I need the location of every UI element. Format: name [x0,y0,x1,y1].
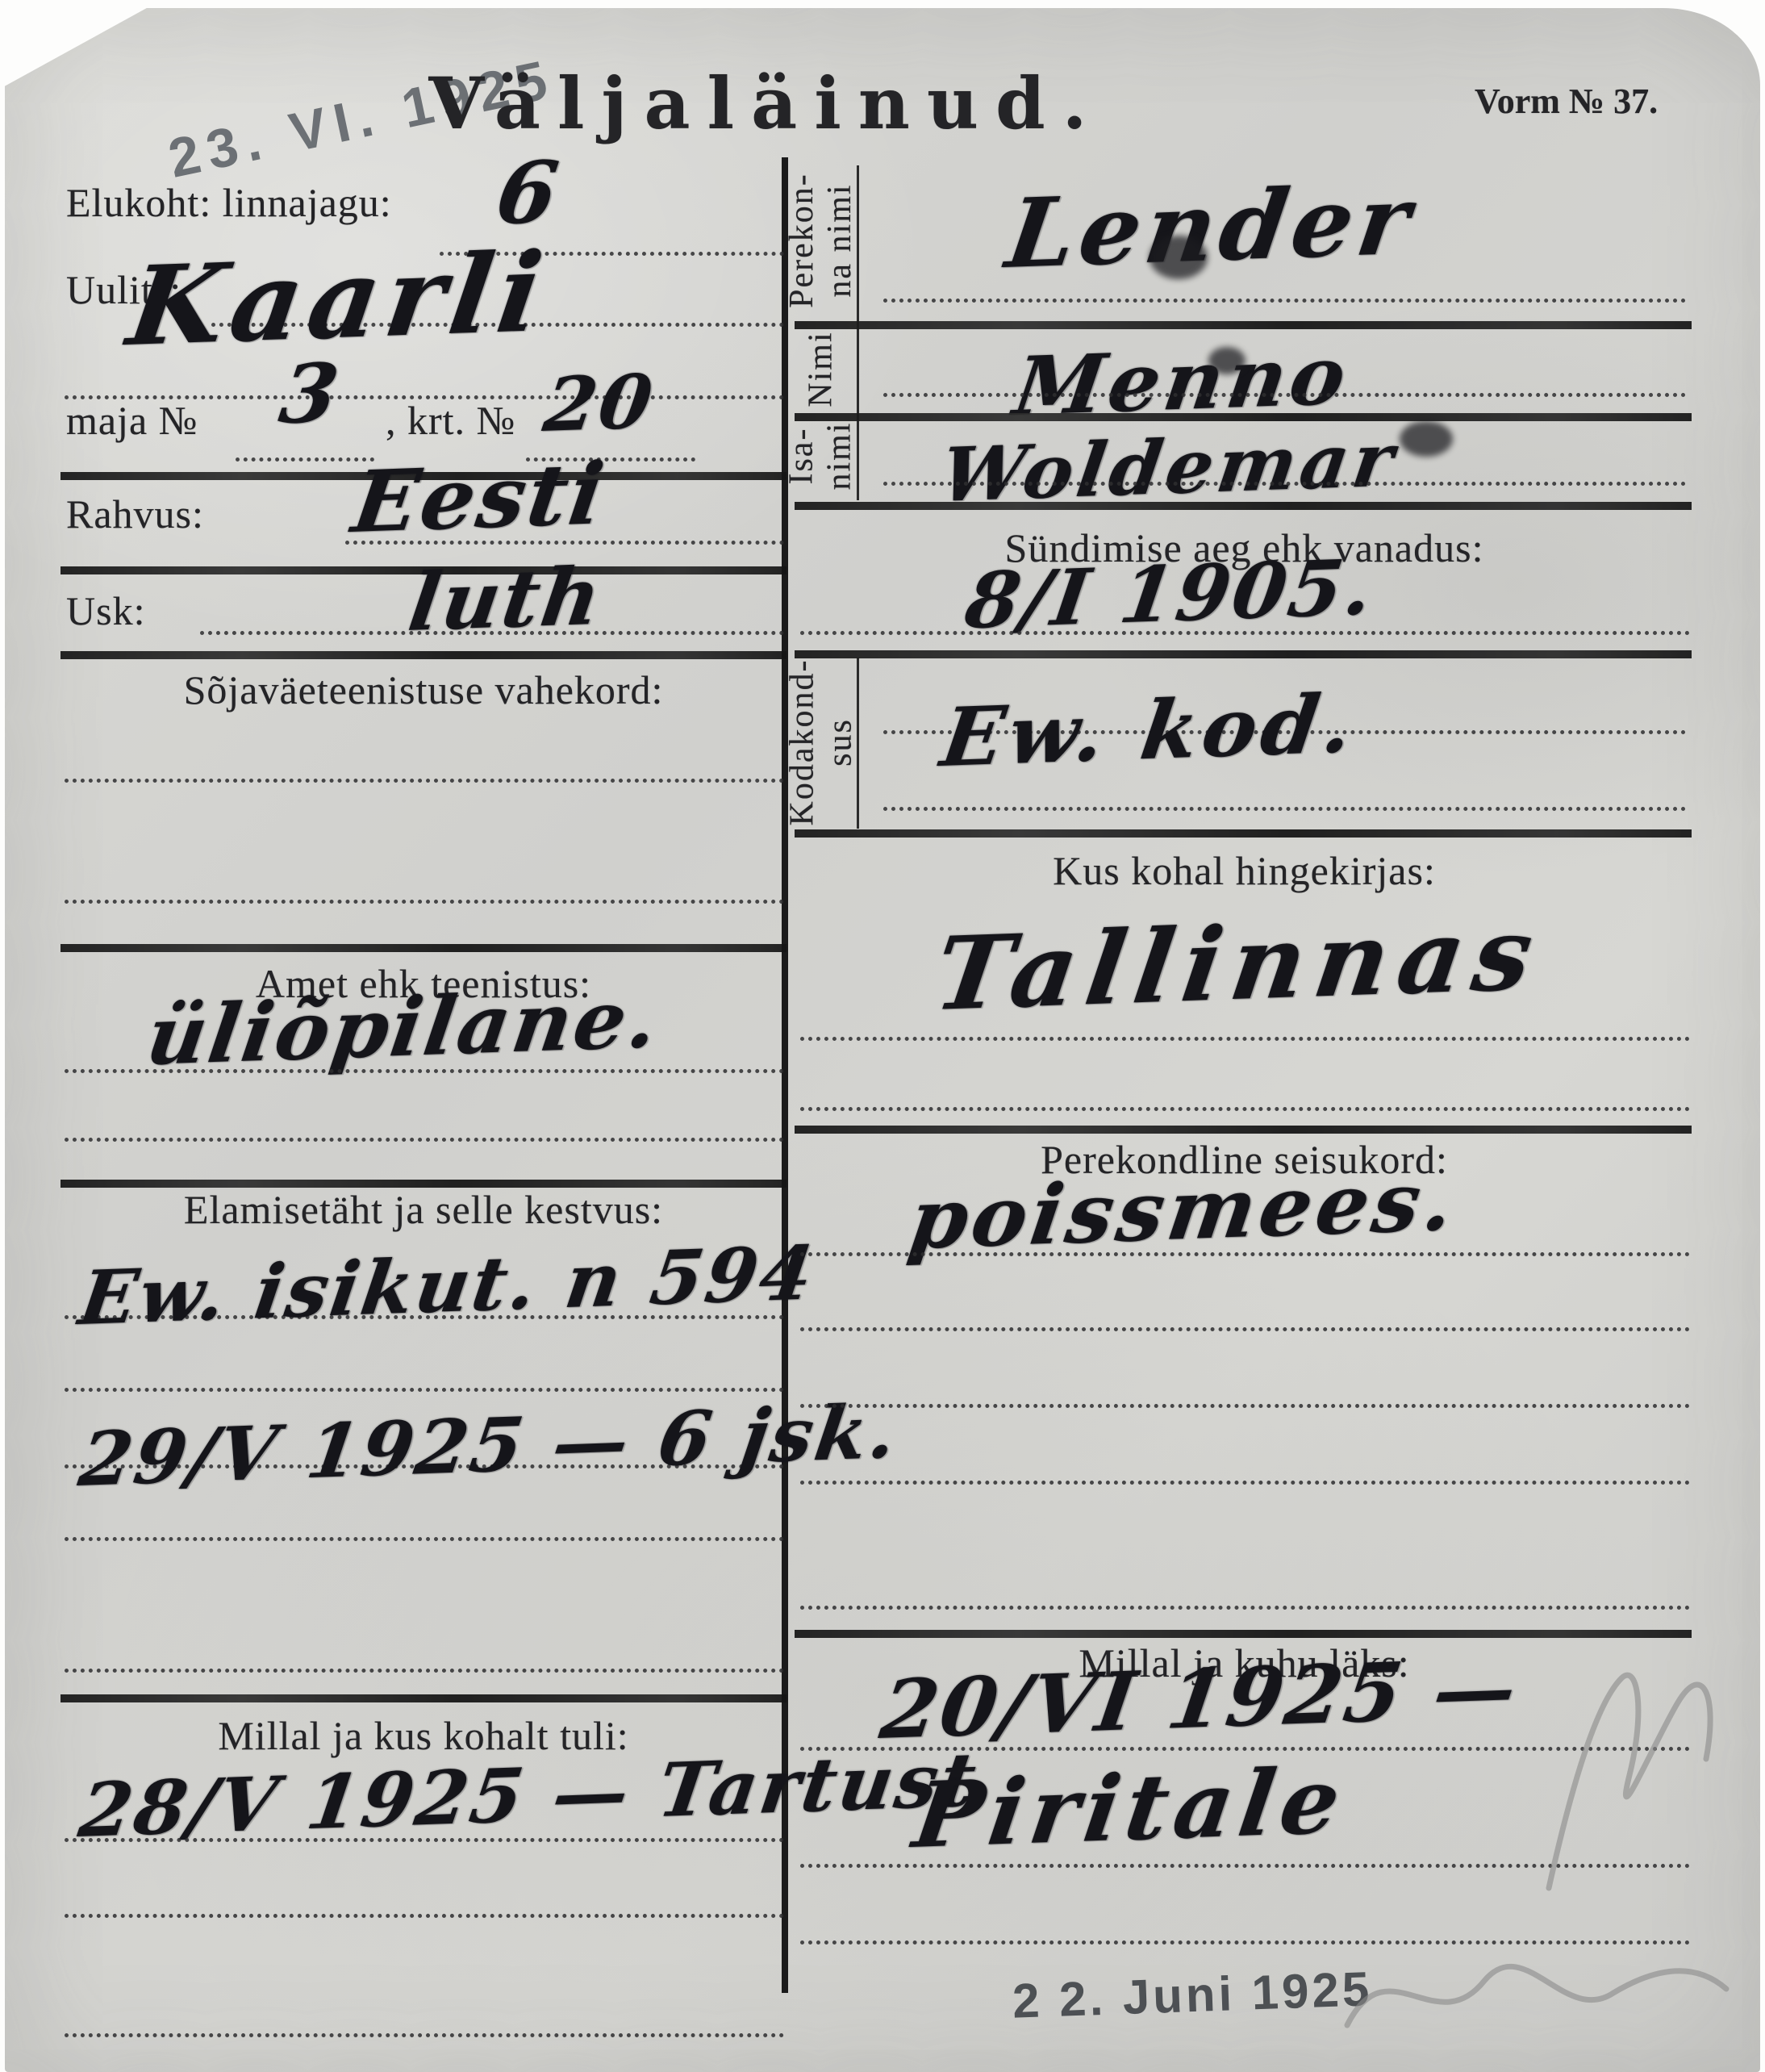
ruled-line [883,807,1686,811]
section-rule [795,413,1692,421]
field-label-citizenship: Kodakond- sus [784,658,858,827]
ruled-line [800,1252,1690,1256]
handwritten-surname: Lender [1000,164,1421,290]
ruled-line [65,2033,784,2037]
ruled-line [883,393,1686,397]
field-label-residence-permit: Elamisetäht ja selle kestvus: [63,1186,784,1233]
ruled-line [883,482,1686,486]
ruled-line [800,1404,1690,1408]
section-rule [795,829,1692,838]
ruled-line [65,779,784,783]
ink-blot [1150,236,1208,279]
ruled-line [65,1838,784,1842]
ink-blot [1208,347,1246,374]
scanned-document-page: 23. VI. 1925 Väljaläinud. Vorm № 37. Elu… [0,0,1765,2072]
field-label-residence: Elukoht: linnajagu: [66,179,392,226]
pencil-scribble [1339,1912,1742,2066]
handwritten-marital-status: poissmees. [903,1153,1463,1268]
handwritten-citizenship: Ew. kod. [936,675,1363,785]
field-label-nationality: Rahvus: [66,491,204,537]
field-label-parish-register: Kus kohal hingekirjas: [799,847,1690,894]
ruled-line [65,1388,784,1392]
ruled-line [800,1107,1690,1111]
ruled-line [800,631,1690,635]
field-label-house-no: maja № [66,397,198,444]
section-rule [795,1630,1692,1638]
field-label-religion: Usk: [66,587,145,634]
field-label-apartment-no: , krt. № [386,397,515,444]
handwritten-parish-register: Tallinnas [928,895,1549,1034]
ruled-line [65,1914,784,1918]
ruled-line [800,1481,1690,1485]
field-label-military-service: Sõjaväeteenistuse vahekord: [63,666,784,713]
section-rule [795,321,1692,329]
ruled-line [800,1327,1690,1331]
handwritten-religion: luth [403,550,609,650]
form-number: Vorm № 37. [1475,81,1658,122]
handwritten-nationality: Eesti [347,443,612,552]
section-rule [61,944,787,952]
ruled-line [65,1138,784,1142]
ruled-line [883,299,1686,303]
field-label-surname: Perekon- na nimi [784,161,858,320]
ruled-line [65,1069,784,1073]
pencil-scribble [1533,1646,1759,1912]
field-label-father-name: Isa- nimi [784,416,858,496]
section-rule [61,1694,787,1702]
handwritten-apartment-no: 20 [539,357,660,449]
ruled-line [65,1537,784,1541]
handwritten-occupation: üliõpilane. [141,971,666,1084]
section-rule [795,1126,1692,1134]
ink-blot [1400,421,1453,457]
form-title: Väljaläinud. [419,61,1113,145]
ruled-line [800,1037,1690,1041]
section-rule [795,502,1692,510]
ruled-line [236,457,374,462]
handwritten-departure-place: Piritale [908,1748,1353,1869]
ruled-line [800,1606,1690,1610]
section-rule [795,650,1692,658]
ruled-line [65,900,784,904]
field-label-first-name: Nimi [784,327,858,411]
ruled-line [65,1669,784,1673]
section-rule [61,651,787,659]
